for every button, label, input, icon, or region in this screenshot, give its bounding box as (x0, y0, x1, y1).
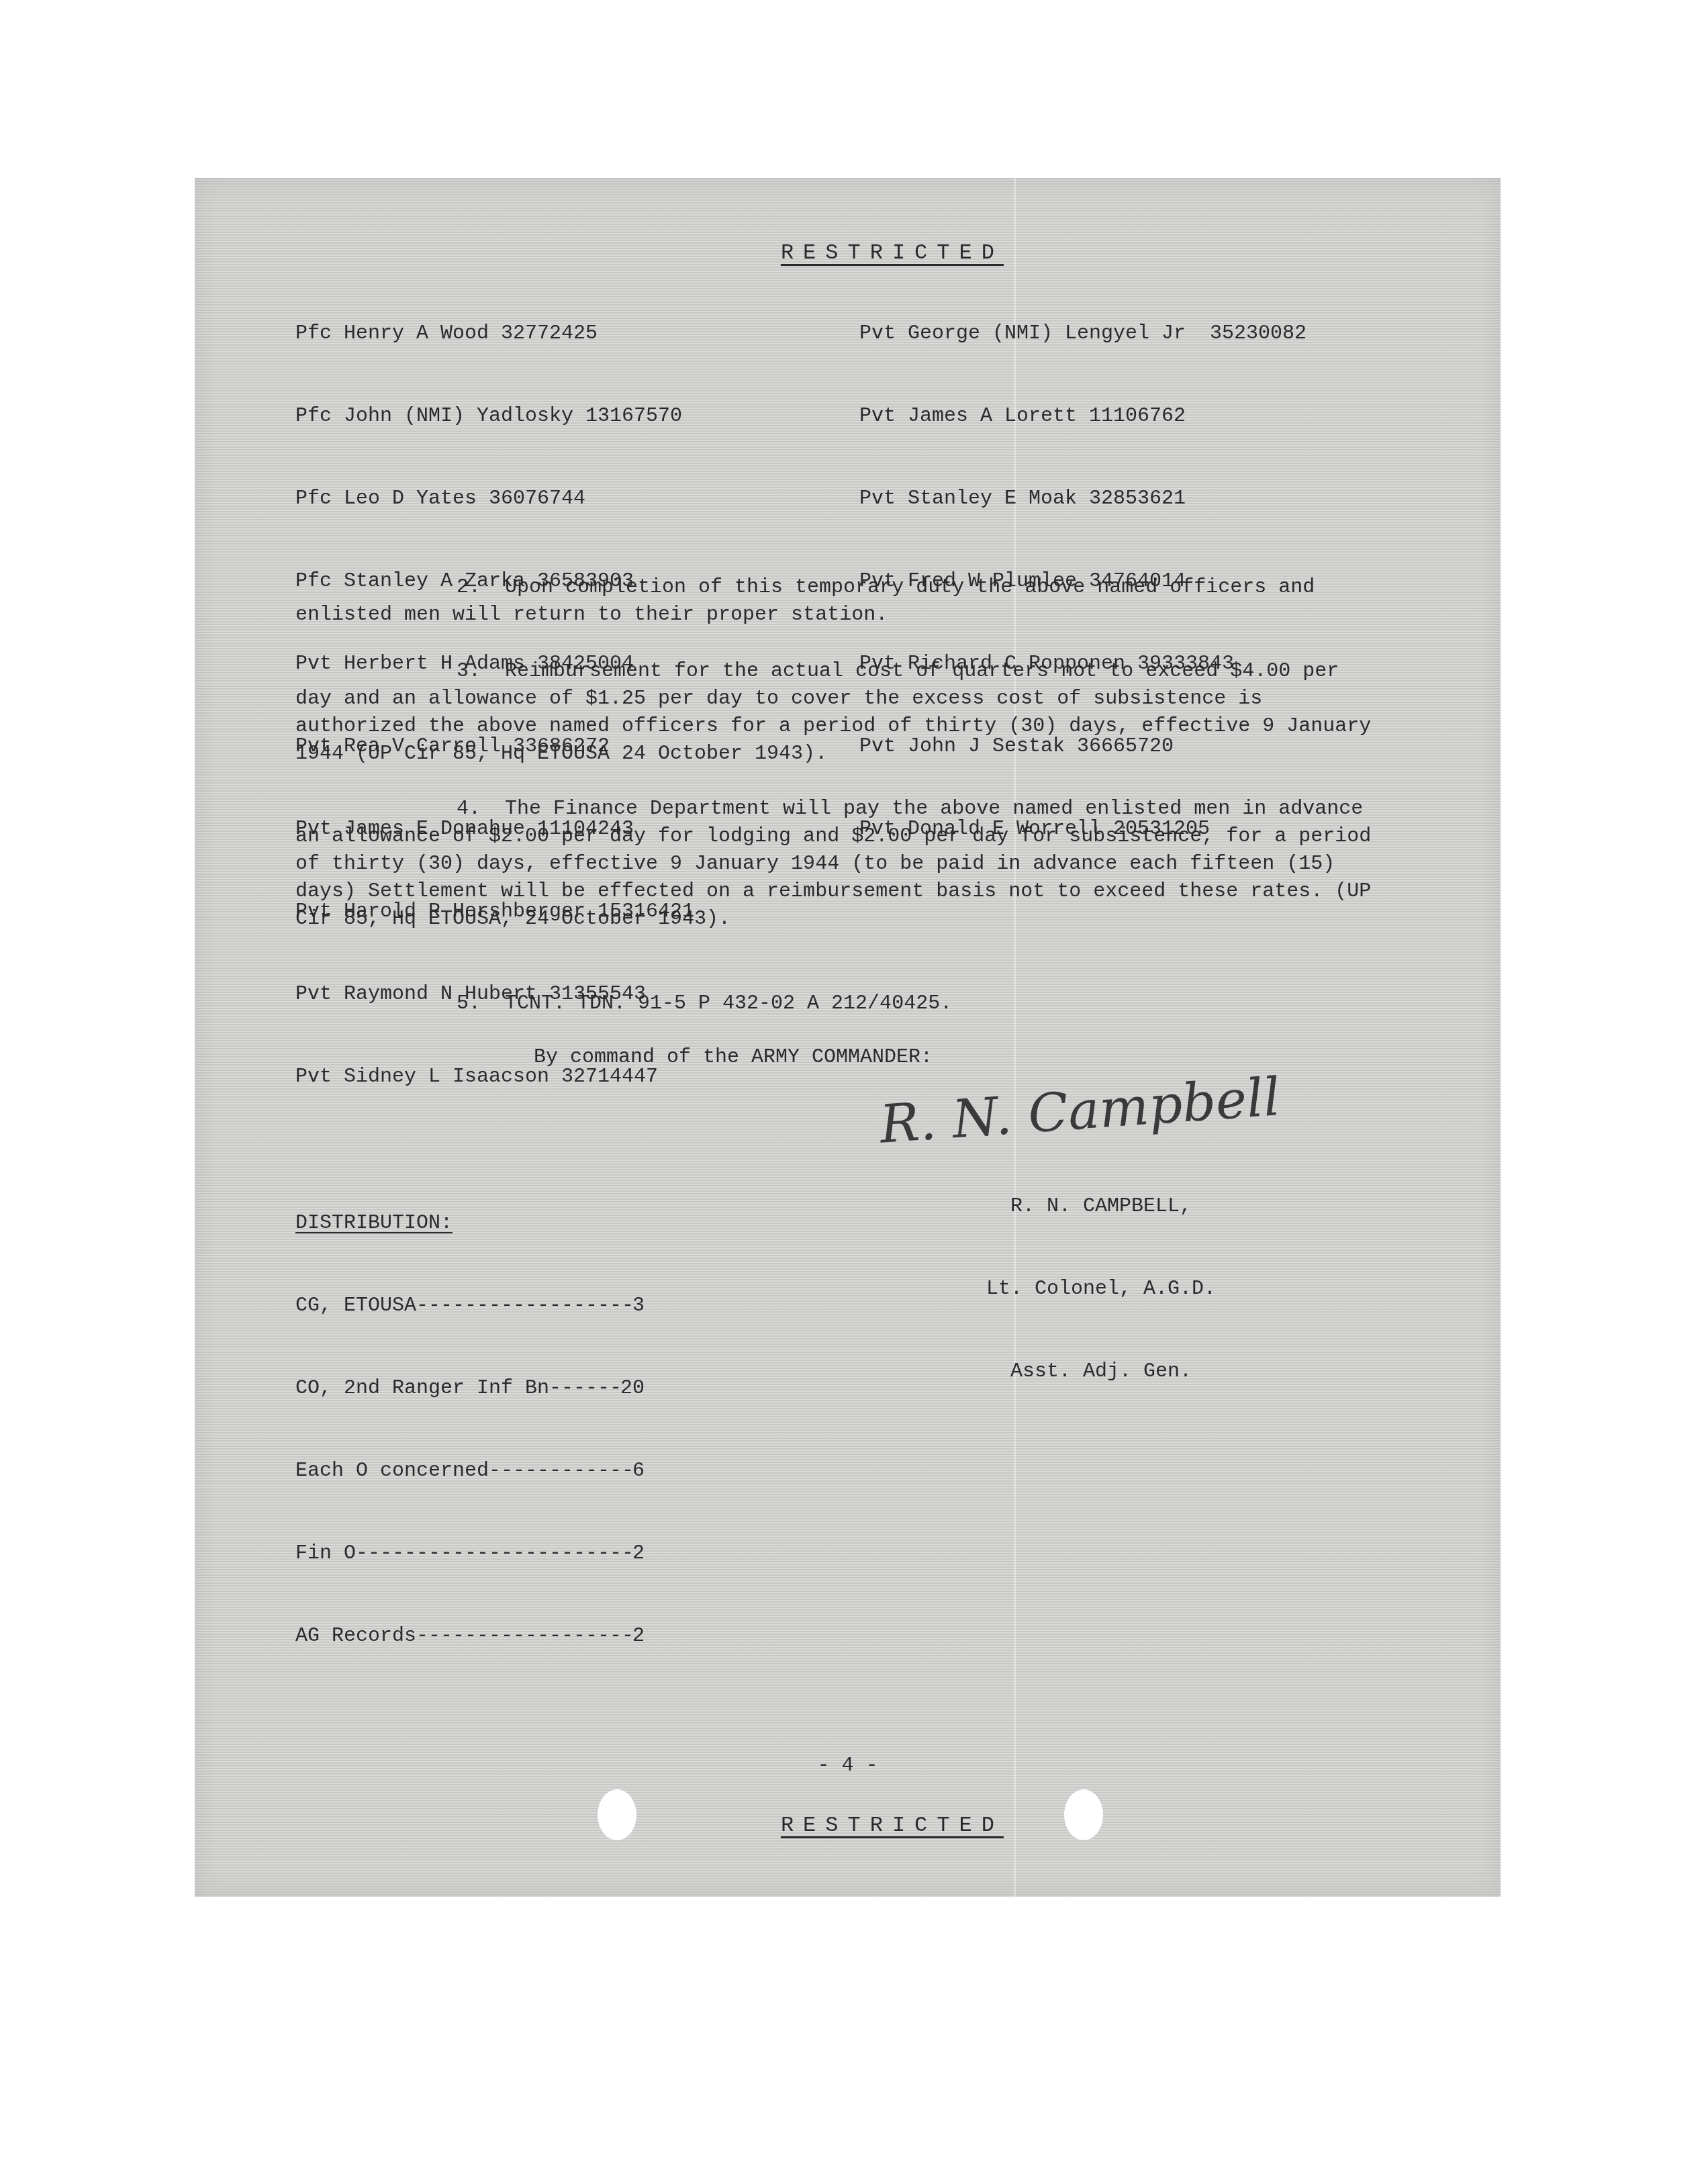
paragraph-4: 4. The Finance Department will pay the a… (295, 796, 1383, 933)
distribution-row: AG Records -----------------------------… (295, 1623, 645, 1650)
leader-dashes: ------------------------------ (549, 1375, 620, 1403)
distribution-recipient: Fin O (295, 1540, 356, 1568)
distribution-recipient: Each O concerned (295, 1458, 489, 1485)
distribution-recipient: CO, 2nd Ranger Inf Bn (295, 1375, 549, 1403)
paragraph-number: 2. (457, 576, 481, 599)
paragraph-number: 4. (457, 798, 481, 820)
classification-header-text: RESTRICTED (781, 240, 1004, 265)
paragraph-5: 5. TCNT. TDN. 91-5 P 432-02 A 212/40425. (295, 990, 1383, 1018)
signer-title: Asst. Adj. Gen. (933, 1358, 1269, 1386)
distribution-count: 2 (632, 1623, 645, 1650)
command-line: By command of the ARMY COMMANDER: (534, 1044, 933, 1072)
roster-entry: Pvt James A Lorett 11106762 (859, 403, 1307, 430)
punch-hole (598, 1789, 636, 1840)
page-number: - 4 - (195, 1752, 1501, 1780)
distribution-recipient: AG Records (295, 1623, 416, 1650)
distribution-row: Fin O ------------------------------ 2 (295, 1540, 645, 1568)
signer-name: R. N. CAMPBELL, (933, 1193, 1269, 1221)
paragraph-number: 3. (457, 660, 481, 683)
paragraph-number: 5. (457, 992, 481, 1015)
distribution-row: CO, 2nd Ranger Inf Bn ------------------… (295, 1375, 645, 1403)
distribution-count: 20 (620, 1375, 645, 1403)
paragraph-text: Upon completion of this temporary duty t… (295, 576, 1315, 626)
roster-entry: Pfc John (NMI) Yadlosky 13167570 (295, 403, 694, 430)
classification-footer-text: RESTRICTED (781, 1813, 1004, 1838)
signature-block: R. N. CAMPBELL, Lt. Colonel, A.G.D. Asst… (933, 1138, 1269, 1441)
distribution-row: CG, ETOUSA -----------------------------… (295, 1292, 645, 1320)
leader-dashes: ------------------------------ (489, 1458, 632, 1485)
classification-footer: RESTRICTED (195, 1784, 1501, 1867)
distribution-list: DISTRIBUTION: CG, ETOUSA ---------------… (295, 1155, 645, 1705)
roster-entry: Pfc Leo D Yates 36076744 (295, 485, 694, 513)
paragraph-2: 2. Upon completion of this temporary dut… (295, 574, 1383, 629)
distribution-title: DISTRIBUTION: (295, 1210, 645, 1237)
leader-dashes: ------------------------------ (416, 1623, 632, 1650)
distribution-row: Each O concerned -----------------------… (295, 1458, 645, 1485)
leader-dashes: ------------------------------ (356, 1540, 632, 1568)
roster-entry: Pvt George (NMI) Lengyel Jr 35230082 (859, 320, 1307, 348)
signer-rank: Lt. Colonel, A.G.D. (933, 1276, 1269, 1303)
paragraph-text: TCNT. TDN. 91-5 P 432-02 A 212/40425. (505, 992, 952, 1015)
roster-entry: Pfc Henry A Wood 32772425 (295, 320, 694, 348)
document-page: RESTRICTED Pfc Henry A Wood 32772425 Pfc… (195, 178, 1501, 1897)
distribution-count: 3 (632, 1292, 645, 1320)
distribution-count: 2 (632, 1540, 645, 1568)
distribution-recipient: CG, ETOUSA (295, 1292, 416, 1320)
punch-hole (1064, 1789, 1103, 1840)
leader-dashes: ------------------------------ (416, 1292, 632, 1320)
roster-entry: Pvt Stanley E Moak 32853621 (859, 485, 1307, 513)
paragraph-3: 3. Reimbursement for the actual cost of … (295, 658, 1383, 768)
distribution-count: 6 (632, 1458, 645, 1485)
